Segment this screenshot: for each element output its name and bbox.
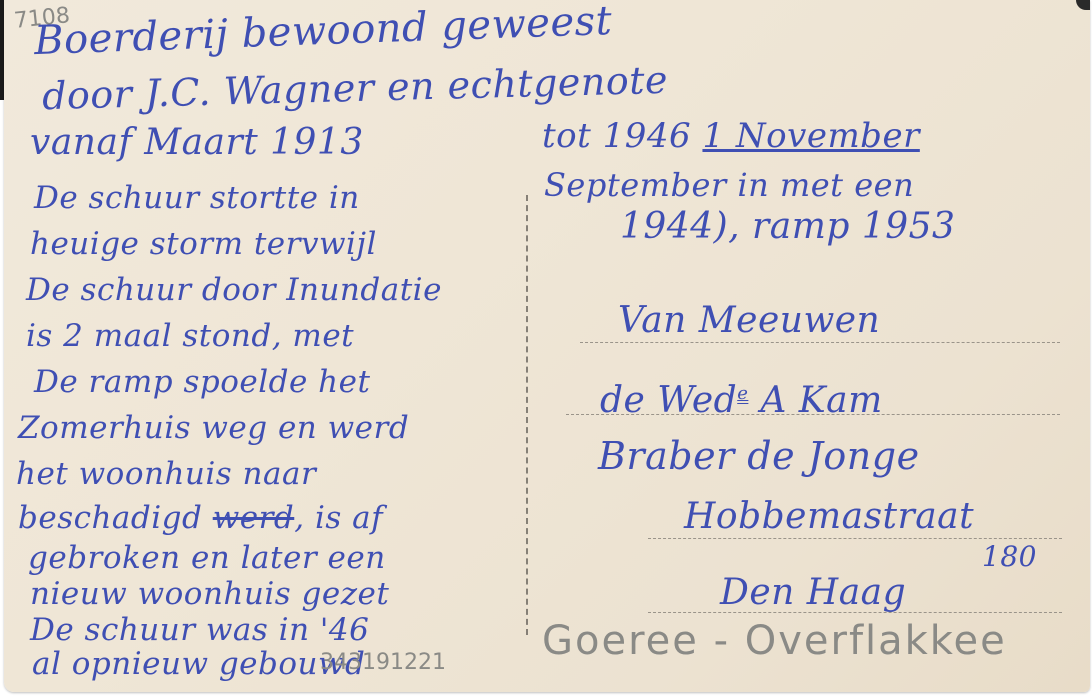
inventory-number: 343191221	[320, 650, 446, 675]
address-city: Den Haag	[720, 572, 906, 613]
message-line-6: De schuur door Inundatie	[26, 272, 442, 308]
message-line-7: is 2 maal stond, met	[26, 318, 354, 354]
text-tot-1946: tot 1946	[542, 116, 691, 156]
address-rule-4	[648, 612, 1062, 613]
address-house-number: 180	[982, 540, 1037, 573]
message-right-line-2: September in met een	[544, 166, 914, 204]
address-sup: e	[737, 383, 748, 404]
message-line-4: De schuur stortte in	[34, 180, 360, 216]
message-right-line-3: 1944), ramp 1953	[620, 206, 955, 247]
message-line-1: Boerderij bewoond geweest	[33, 0, 613, 64]
message-line-12: gebroken en later een	[28, 540, 386, 576]
message-line-5: heuige storm tervwijl	[30, 226, 377, 262]
message-line-13: nieuw woonhuis gezet	[30, 576, 389, 612]
message-line-11: beschadigd werd, is af	[18, 500, 383, 536]
text-1-november: 1 November	[702, 116, 919, 156]
postcard-back: 7108 Boerderij bewoond geweest door J.C.…	[4, 0, 1090, 692]
message-line-8: De ramp spoelde het	[34, 364, 370, 400]
address-rule-1	[580, 342, 1060, 343]
address-rule-2	[566, 414, 1060, 415]
message-line-15: al opnieuw gebouwd	[32, 646, 365, 682]
address-line-4: Hobbemastraat	[684, 496, 974, 537]
address-rule-3	[648, 538, 1062, 539]
message-line-10: het woonhuis naar	[16, 456, 316, 492]
address-line-1: Van Meeuwen	[618, 300, 880, 341]
address-line-3: Braber de Jonge	[598, 434, 920, 478]
message-right-line-1: tot 1946 1 November	[542, 116, 920, 156]
word-beschadigd: beschadigd	[18, 500, 202, 536]
line-tail: , is af	[294, 500, 383, 536]
region-annotation: Goeree - Overflakkee	[542, 618, 1007, 664]
message-line-14: De schuur was in '46	[30, 612, 369, 648]
scan-corner-top-right	[1076, 0, 1090, 10]
message-line-3: vanaf Maart 1913	[30, 122, 364, 163]
postcard-divider	[526, 195, 528, 635]
message-line-9: Zomerhuis weg en werd	[18, 410, 409, 446]
struck-word: werd	[213, 500, 295, 536]
message-line-2: door J.C. Wagner en echtgenote	[42, 58, 669, 118]
